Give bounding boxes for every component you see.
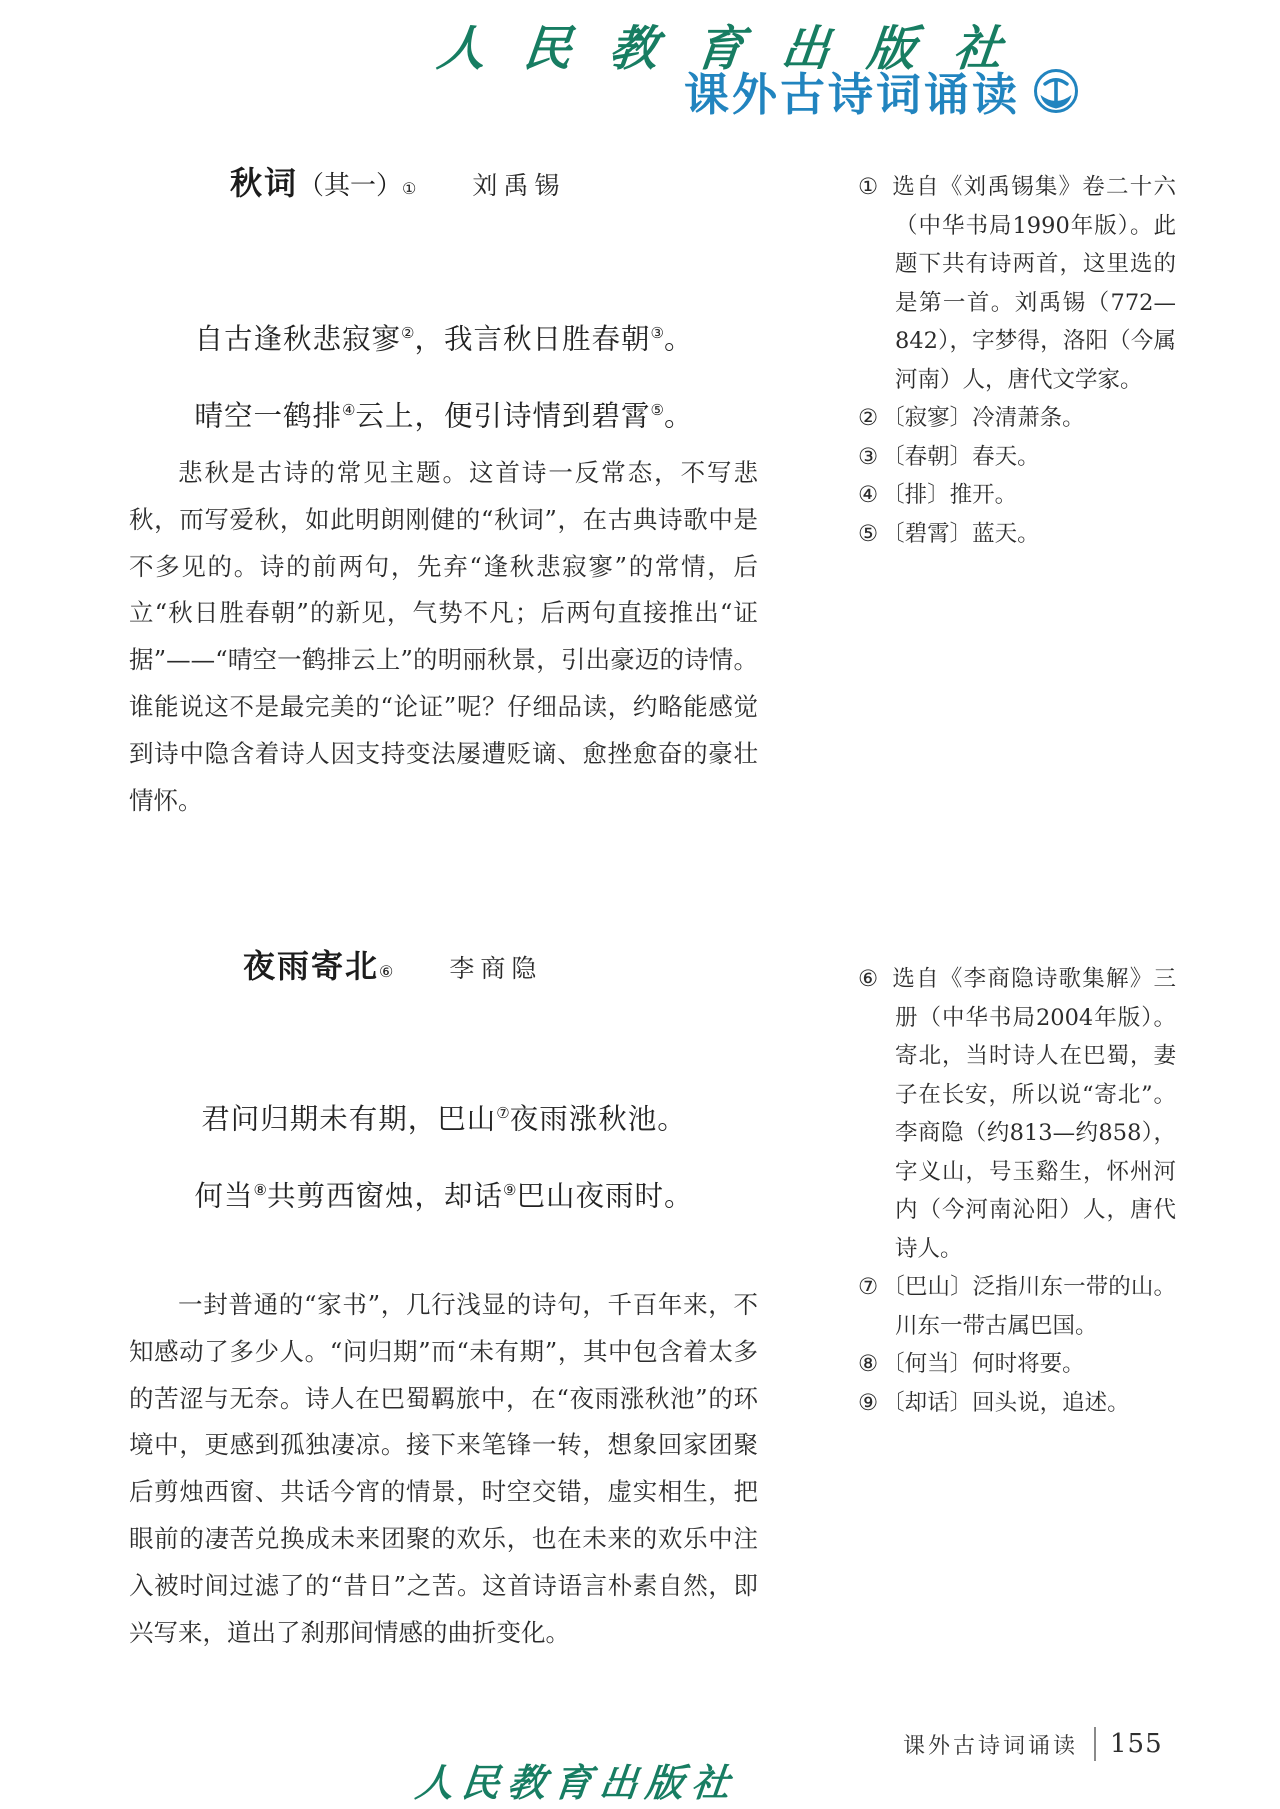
annotation-number: ④ (858, 482, 878, 508)
annotations-column-1: ①选自《刘禹锡集》卷二十六（中华书局1990年版）。此题下共有诗两首，这里选的是… (858, 168, 1176, 553)
poem1-verses: 自古逢秋悲寂寥②，我言秋日胜春朝③。 晴空一鹤排④云上，便引诗情到碧霄⑤。 (128, 298, 760, 451)
annotation-text: 〔排〕推开。 (882, 482, 1017, 508)
annotation-number: ② (858, 405, 878, 431)
annotation-number: ⑧ (858, 1351, 878, 1377)
annotation-text: 选自《李商隐诗歌集解》三册（中华书局2004年版）。寄北，当时诗人在巴蜀，妻子在… (892, 966, 1176, 1262)
annotations-column-2: ⑥选自《李商隐诗歌集解》三册（中华书局2004年版）。寄北，当时诗人在巴蜀，妻子… (858, 960, 1176, 1422)
poem2-line1: 君问归期未有期，巴山⑦夜雨涨秋池。 (128, 1078, 760, 1155)
poem2-commentary: 一封普通的“家书”，几行浅显的诗句，千百年来，不知感动了多少人。“问归期”而“未… (129, 1282, 758, 1656)
poem1-subtitle: （其一） (298, 165, 402, 202)
poem2-title: 夜雨寄北 (243, 941, 379, 987)
footnote-ref: ④ (342, 401, 355, 419)
annotation-text: 〔却话〕回头说，追述。 (882, 1390, 1130, 1416)
poem1-commentary: 悲秋是古诗的常见主题。这首诗一反常态，不写悲秋，而写爱秋，如此明朗刚健的“秋词”… (129, 450, 758, 824)
annotation-item: ⑨〔却话〕回头说，追述。 (858, 1384, 1176, 1423)
anchor-badge-icon (1032, 67, 1080, 115)
verse-text: 云上，便引诗情到碧霄 (355, 399, 650, 432)
poem2-title-row: 夜雨寄北⑥ 李商隐 (243, 941, 542, 987)
verse-text: 君问归期未有期，巴山 (201, 1103, 496, 1136)
annotation-item: ⑤〔碧霄〕蓝天。 (858, 515, 1176, 554)
annotation-item: ③〔春朝〕春天。 (858, 438, 1176, 477)
poem2-author: 李商隐 (449, 949, 542, 985)
poem1-line2: 晴空一鹤排④云上，便引诗情到碧霄⑤。 (128, 375, 760, 452)
verse-text: 。 (664, 399, 694, 432)
footnote-ref: ⑤ (651, 401, 664, 419)
annotation-item: ④〔排〕推开。 (858, 476, 1176, 515)
footer-section-label: 课外古诗词诵读 (903, 1729, 1078, 1760)
footnote-ref: ③ (651, 324, 664, 342)
footnote-ref: ⑦ (496, 1104, 509, 1122)
verse-text: 共剪西窗烛，却话 (267, 1179, 503, 1212)
annotation-number: ③ (858, 444, 878, 470)
footnote-ref: ② (401, 324, 414, 342)
poem1-line1: 自古逢秋悲寂寥②，我言秋日胜春朝③。 (128, 298, 760, 375)
poem1-title-row: 秋词（其一）① 刘禹锡 (230, 158, 565, 204)
verse-text: 夜雨涨秋池。 (510, 1103, 687, 1136)
publisher-logo-calligraphy-bottom: 人民教育出版社 (413, 1752, 741, 1807)
annotation-number: ⑤ (858, 521, 878, 547)
annotation-text: 〔寂寥〕冷清萧条。 (882, 405, 1085, 431)
poem2-line2: 何当⑧共剪西窗烛，却话⑨巴山夜雨时。 (128, 1155, 760, 1232)
verse-text: 。 (664, 323, 694, 356)
poem1-footnote-ref: ① (402, 179, 416, 198)
footer-divider (1094, 1727, 1096, 1761)
footer-page-number: 155 (1110, 1729, 1163, 1759)
verse-text: ，我言秋日胜春朝 (414, 323, 650, 356)
section-title: 课外古诗词诵读 (684, 58, 1020, 123)
annotation-number: ① (858, 174, 879, 200)
annotation-number: ⑦ (858, 1274, 878, 1300)
verse-text: 晴空一鹤排 (195, 399, 343, 432)
page-footer: 课外古诗词诵读 155 (903, 1727, 1163, 1761)
annotation-item: ②〔寂寥〕冷清萧条。 (858, 399, 1176, 438)
annotation-item: ⑥选自《李商隐诗歌集解》三册（中华书局2004年版）。寄北，当时诗人在巴蜀，妻子… (858, 960, 1176, 1268)
verse-text: 自古逢秋悲寂寥 (195, 323, 402, 356)
poem2-footnote-ref: ⑥ (379, 962, 393, 981)
annotation-text: 〔春朝〕春天。 (882, 444, 1040, 470)
poem1-author: 刘禹锡 (472, 166, 565, 202)
annotation-text: 〔碧霄〕蓝天。 (882, 521, 1040, 547)
annotation-text: 〔巴山〕泛指川东一带的山。川东一带古属巴国。 (882, 1274, 1176, 1339)
verse-text: 何当 (195, 1179, 254, 1212)
annotation-item: ⑧〔何当〕何时将要。 (858, 1345, 1176, 1384)
poem2-verses: 君问归期未有期，巴山⑦夜雨涨秋池。 何当⑧共剪西窗烛，却话⑨巴山夜雨时。 (128, 1078, 760, 1231)
annotation-text: 选自《刘禹锡集》卷二十六（中华书局1990年版）。此题下共有诗两首，这里选的是第… (892, 174, 1176, 393)
annotation-item: ⑦〔巴山〕泛指川东一带的山。川东一带古属巴国。 (858, 1268, 1176, 1345)
annotation-number: ⑨ (858, 1390, 878, 1416)
verse-text: 巴山夜雨时。 (516, 1179, 693, 1212)
annotation-text: 〔何当〕何时将要。 (882, 1351, 1085, 1377)
annotation-item: ①选自《刘禹锡集》卷二十六（中华书局1990年版）。此题下共有诗两首，这里选的是… (858, 168, 1176, 399)
textbook-page: 人民教育出版社 课外古诗词诵读 秋词（其一）① 刘禹锡 自古逢秋悲寂寥②，我言秋… (0, 0, 1280, 1809)
footnote-ref: ⑧ (254, 1181, 267, 1199)
poem1-title: 秋词 (230, 158, 298, 204)
footnote-ref: ⑨ (503, 1181, 516, 1199)
annotation-number: ⑥ (858, 966, 879, 992)
section-header: 课外古诗词诵读 (684, 58, 1080, 123)
